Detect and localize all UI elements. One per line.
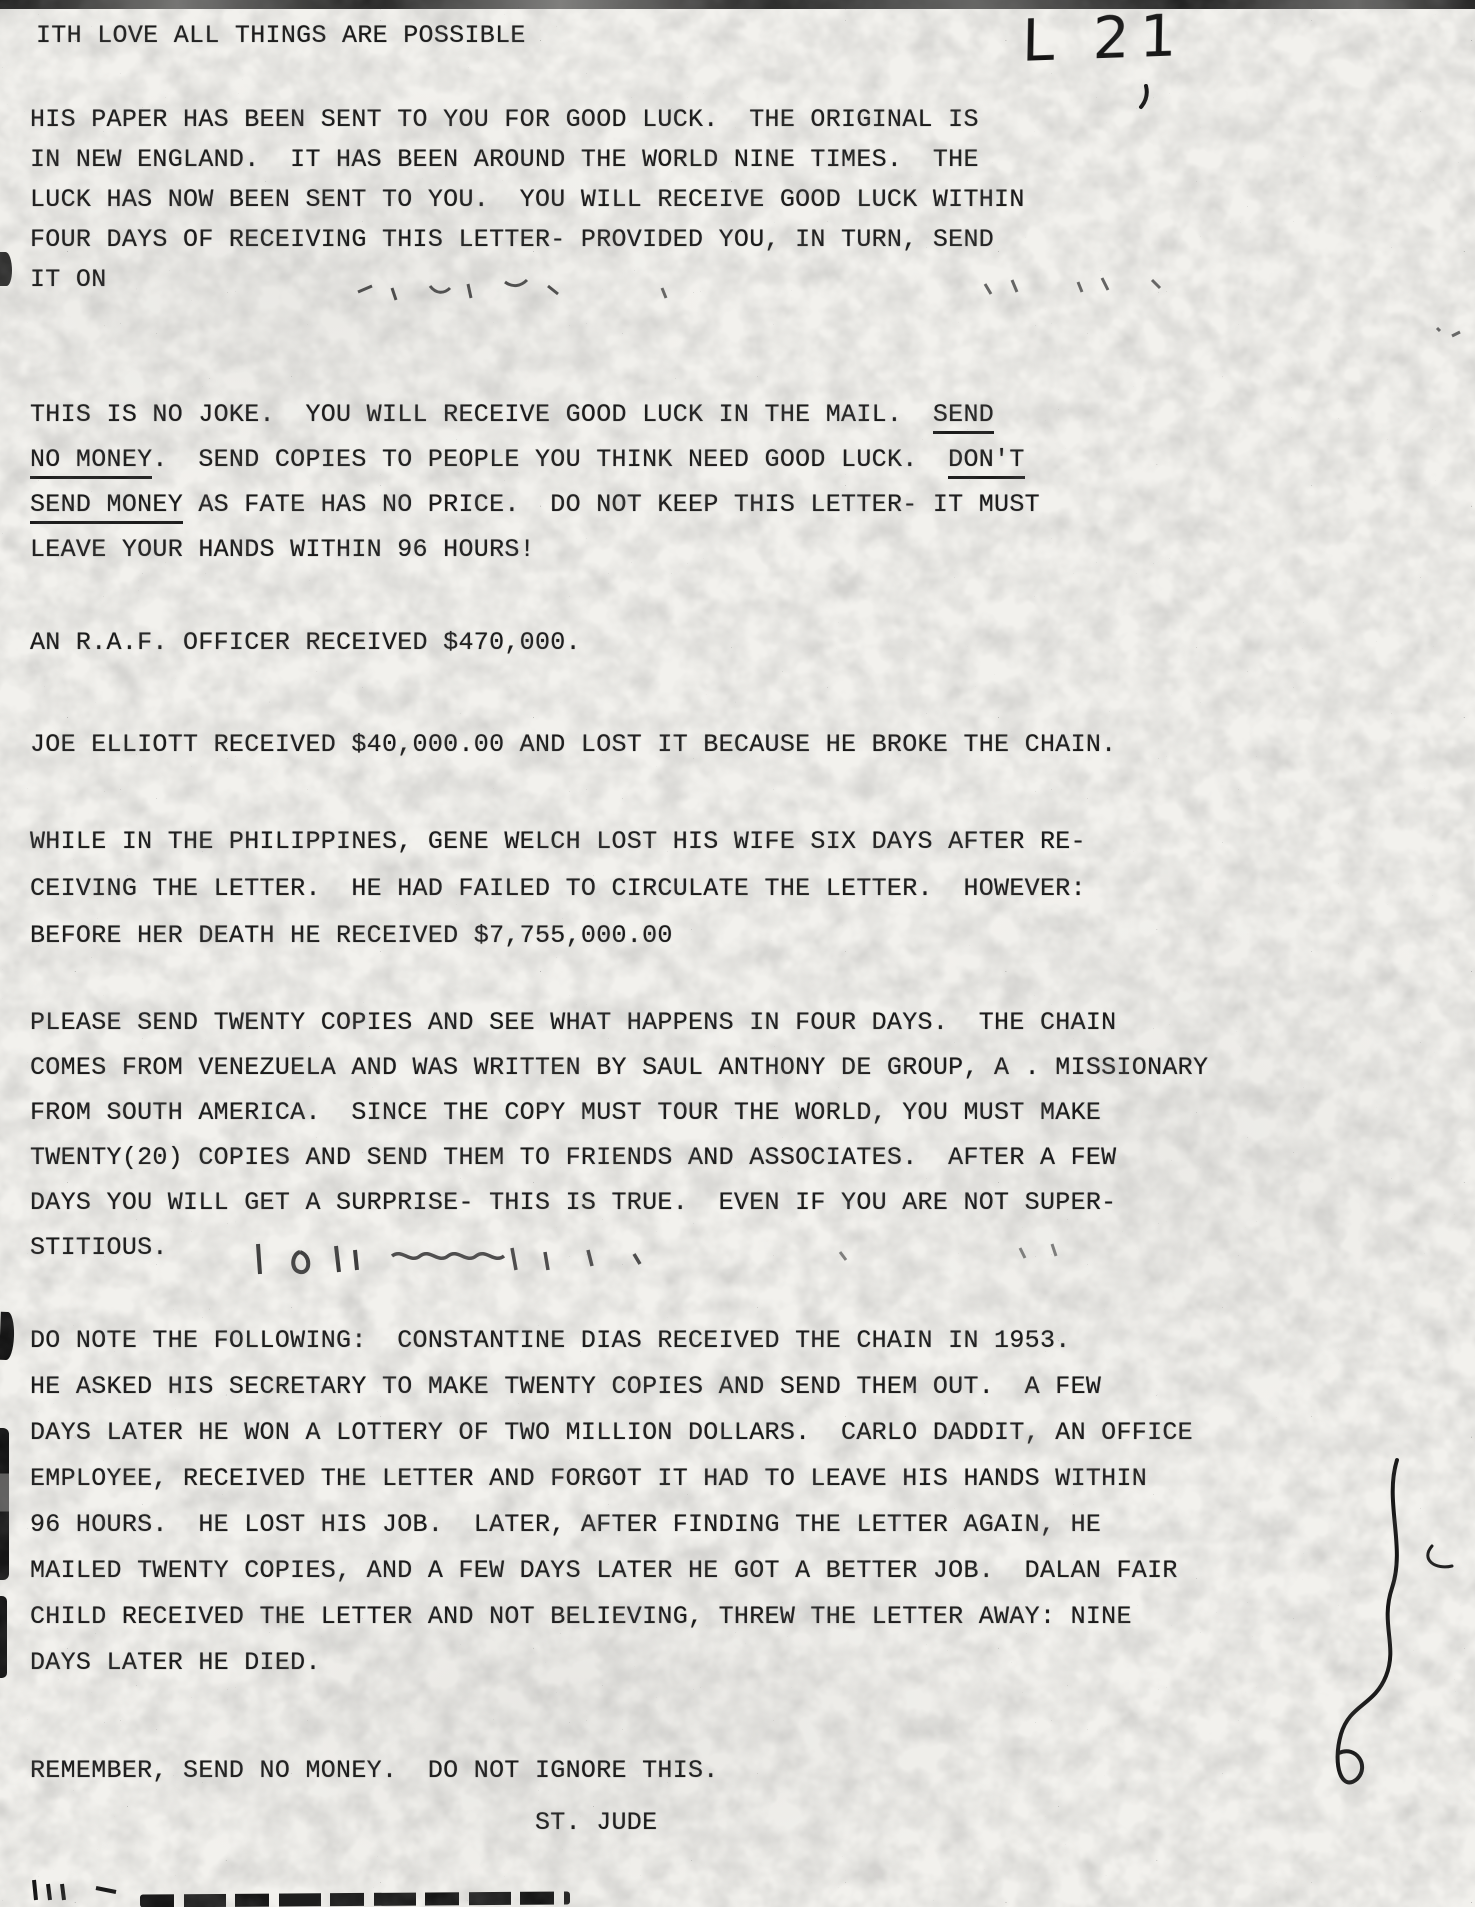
- scan-left-edge-mark: [0, 252, 12, 286]
- scan-left-edge-mark: [0, 1428, 9, 1580]
- letter-line: DAYS LATER HE DIED.: [30, 1640, 1193, 1686]
- letter-line: 96 HOURS. HE LOST HIS JOB. LATER, AFTER …: [30, 1502, 1193, 1548]
- letter-line: JOE ELLIOTT RECEIVED $40,000.00 AND LOST…: [30, 722, 1116, 767]
- letter-line: CHILD RECEIVED THE LETTER AND NOT BELIEV…: [30, 1594, 1193, 1640]
- letter-line: STITIOUS.: [30, 1225, 1208, 1270]
- letter-title: ITH LOVE ALL THINGS ARE POSSIBLE: [36, 16, 526, 56]
- letter-line: MAILED TWENTY COPIES, AND A FEW DAYS LAT…: [30, 1548, 1193, 1594]
- letter-line: FROM SOUTH AMERICA. SINCE THE COPY MUST …: [30, 1090, 1208, 1135]
- letter-text-layer: ITH LOVE ALL THINGS ARE POSSIBLE HIS PAP…: [0, 0, 1475, 1907]
- scan-top-edge-artifact: [0, 0, 1475, 9]
- letter-line: CEIVING THE LETTER. HE HAD FAILED TO CIR…: [30, 865, 1086, 912]
- letter-line: IT ON: [30, 260, 1025, 300]
- letter-line: HIS PAPER HAS BEEN SENT TO YOU FOR GOOD …: [30, 100, 1025, 140]
- paragraph-please-send: PLEASE SEND TWENTY COPIES AND SEE WHAT H…: [30, 1000, 1208, 1270]
- letter-line: REMEMBER, SEND NO MONEY. DO NOT IGNORE T…: [30, 1745, 719, 1797]
- paragraph-do-note: DO NOTE THE FOLLOWING: CONSTANTINE DIAS …: [30, 1318, 1193, 1686]
- paragraph-joe-elliott: JOE ELLIOTT RECEIVED $40,000.00 AND LOST…: [30, 722, 1116, 767]
- letter-line: AN R.A.F. OFFICER RECEIVED $470,000.: [30, 620, 581, 665]
- letter-line: WHILE IN THE PHILIPPINES, GENE WELCH LOS…: [30, 818, 1086, 865]
- letter-line: COMES FROM VENEZUELA AND WAS WRITTEN BY …: [30, 1045, 1208, 1090]
- scan-left-edge-mark: [0, 1596, 7, 1678]
- letter-line: NO MONEY. SEND COPIES TO PEOPLE YOU THIN…: [30, 437, 1040, 482]
- scan-bottom-cutoff-text-artifact: [140, 1891, 570, 1907]
- letter-line: FOUR DAYS OF RECEIVING THIS LETTER- PROV…: [30, 220, 1025, 260]
- paragraph-no-joke: THIS IS NO JOKE. YOU WILL RECEIVE GOOD L…: [30, 392, 1040, 572]
- letter-line: THIS IS NO JOKE. YOU WILL RECEIVE GOOD L…: [30, 392, 1040, 437]
- scanned-chain-letter-page: ITH LOVE ALL THINGS ARE POSSIBLE HIS PAP…: [0, 0, 1475, 1907]
- handwritten-page-label: L 21: [1021, 1, 1187, 75]
- paragraph-philippines: WHILE IN THE PHILIPPINES, GENE WELCH LOS…: [30, 818, 1086, 959]
- letter-line: DO NOTE THE FOLLOWING: CONSTANTINE DIAS …: [30, 1318, 1193, 1364]
- letter-line: EMPLOYEE, RECEIVED THE LETTER AND FORGOT…: [30, 1456, 1193, 1502]
- letter-title-row: ITH LOVE ALL THINGS ARE POSSIBLE: [36, 16, 526, 56]
- letter-line: PLEASE SEND TWENTY COPIES AND SEE WHAT H…: [30, 1000, 1208, 1045]
- letter-line: IN NEW ENGLAND. IT HAS BEEN AROUND THE W…: [30, 140, 1025, 180]
- letter-line: HE ASKED HIS SECRETARY TO MAKE TWENTY CO…: [30, 1364, 1193, 1410]
- letter-line: LUCK HAS NOW BEEN SENT TO YOU. YOU WILL …: [30, 180, 1025, 220]
- letter-line: DAYS YOU WILL GET A SURPRISE- THIS IS TR…: [30, 1180, 1208, 1225]
- paragraph-raf-officer: AN R.A.F. OFFICER RECEIVED $470,000.: [30, 620, 581, 665]
- letter-line: ST. JUDE: [30, 1797, 719, 1849]
- paragraph-closing: REMEMBER, SEND NO MONEY. DO NOT IGNORE T…: [30, 1745, 719, 1849]
- letter-line: BEFORE HER DEATH HE RECEIVED $7,755,000.…: [30, 912, 1086, 959]
- letter-line: SEND MONEY AS FATE HAS NO PRICE. DO NOT …: [30, 482, 1040, 527]
- letter-line: LEAVE YOUR HANDS WITHIN 96 HOURS!: [30, 527, 1040, 572]
- letter-line: DAYS LATER HE WON A LOTTERY OF TWO MILLI…: [30, 1410, 1193, 1456]
- letter-line: TWENTY(20) COPIES AND SEND THEM TO FRIEN…: [30, 1135, 1208, 1180]
- paragraph-intro: HIS PAPER HAS BEEN SENT TO YOU FOR GOOD …: [30, 100, 1025, 300]
